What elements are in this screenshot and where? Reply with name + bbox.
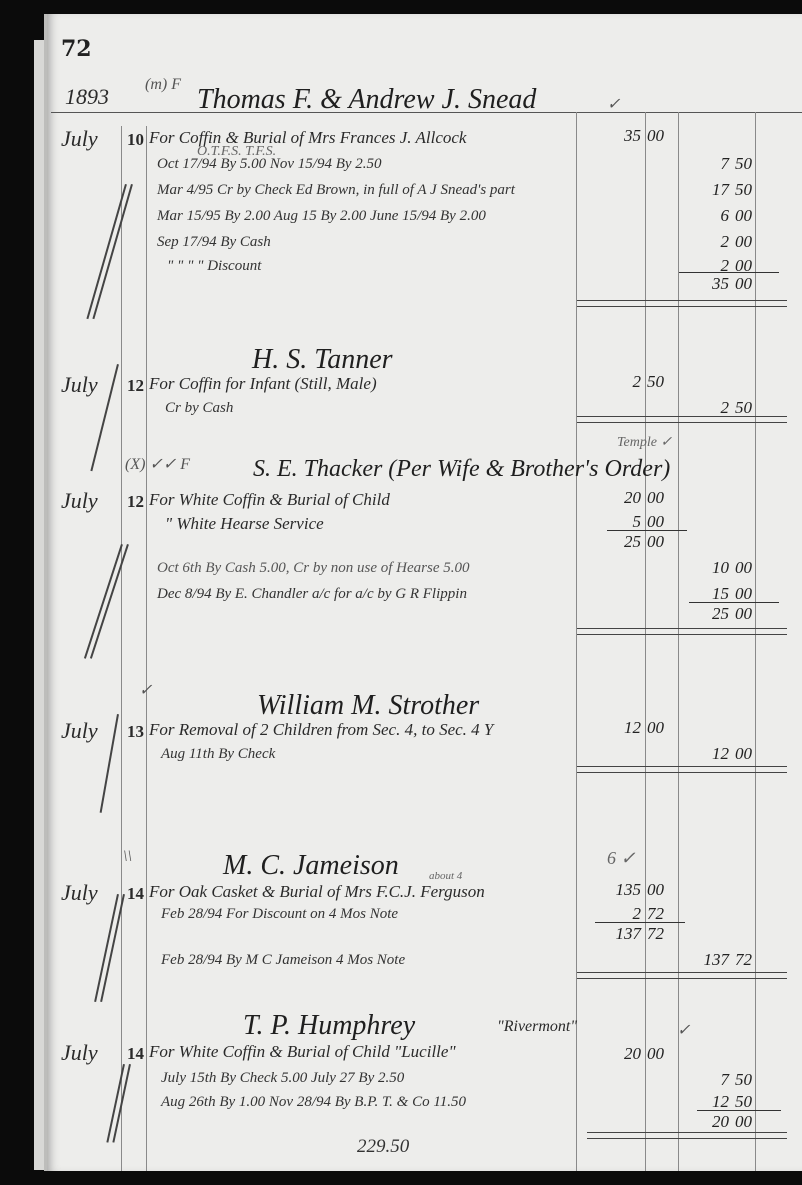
closed-slash xyxy=(90,544,129,659)
debit-amount: 2000 xyxy=(579,488,675,508)
account-marks: (X) ✓✓ F xyxy=(125,454,190,474)
closed-slash xyxy=(100,714,119,813)
debit-total: 2500 xyxy=(579,532,675,552)
credit-amount: 200 xyxy=(667,256,763,276)
credit-amount: 1500 xyxy=(667,584,763,604)
closing-double-rule xyxy=(587,1132,787,1139)
entry-month: July xyxy=(61,372,98,398)
debit-amount: 250 xyxy=(579,372,675,392)
account-name: M. C. Jameison xyxy=(223,850,399,882)
credit-total: 2500 xyxy=(667,604,763,624)
credit-total: 2000 xyxy=(667,1112,763,1132)
account-marks: (m) F xyxy=(145,76,181,94)
entry-month: July xyxy=(61,1040,98,1066)
subtotal-rule xyxy=(679,272,779,273)
check-mark: ✓ xyxy=(607,94,620,114)
subtotal-rule xyxy=(697,1110,781,1111)
entry-description: For White Coffin & Burial of Child "Luci… xyxy=(149,1042,456,1062)
account-marks: \\ xyxy=(123,848,132,866)
credit-description: July 15th By Check 5.00 July 27 By 2.50 xyxy=(161,1070,404,1087)
closed-slash xyxy=(92,184,133,319)
subtotal-rule xyxy=(595,922,685,923)
credit-description: Mar 4/95 Cr by Check Ed Brown, in full o… xyxy=(157,182,515,199)
closing-double-rule xyxy=(577,300,787,307)
side-note: 6 ✓ xyxy=(607,848,636,869)
credit-description: Feb 28/94 By M C Jameison 4 Mos Note xyxy=(161,952,405,969)
entry-description: For Removal of 2 Children from Sec. 4, t… xyxy=(149,720,493,740)
credit-description: Aug 26th By 1.00 Nov 28/94 By B.P. T. & … xyxy=(161,1094,466,1111)
page-number: 72 xyxy=(61,36,92,62)
subtotal-rule xyxy=(607,530,687,531)
credit-amount: 750 xyxy=(667,1070,763,1090)
entry-day: 14 xyxy=(127,884,144,904)
credit-amount: 200 xyxy=(667,232,763,252)
account-name: William M. Strother xyxy=(257,690,479,722)
ledger-page: 72 1893 (m) F Thomas F. & Andrew J. Snea… xyxy=(44,14,802,1171)
entry-description: " White Hearse Service xyxy=(165,514,324,534)
debit-amount: 2000 xyxy=(579,1044,675,1064)
credit-amount: 750 xyxy=(667,154,763,174)
closed-slash xyxy=(94,894,119,1002)
account-name: T. P. Humphrey xyxy=(243,1010,415,1042)
month-column-line xyxy=(121,126,122,1171)
ledger-year: 1893 xyxy=(65,84,109,110)
entry-day: 12 xyxy=(127,492,144,512)
debit-amount: 13500 xyxy=(579,880,675,900)
credit-amount: 600 xyxy=(667,206,763,226)
credit-amount: 1750 xyxy=(667,180,763,200)
credit-amount: 1000 xyxy=(667,558,763,578)
credit-description: " " " " Discount xyxy=(167,258,261,275)
account-name: S. E. Thacker (Per Wife & Brother's Orde… xyxy=(253,456,670,483)
debit-column-line xyxy=(576,112,577,1171)
entry-month: July xyxy=(61,880,98,906)
credit-description: Aug 11th By Check xyxy=(161,746,275,763)
closed-slash xyxy=(84,544,123,659)
account-name: H. S. Tanner xyxy=(252,344,393,376)
credit-amount: 1200 xyxy=(667,744,763,764)
credit-description: Oct 17/94 By 5.00 Nov 15/94 By 2.50 xyxy=(157,156,382,173)
debit-amount: 272 xyxy=(579,904,675,924)
closing-double-rule xyxy=(577,972,787,979)
credit-description: Sep 17/94 By Cash xyxy=(157,234,271,251)
entry-month: July xyxy=(61,488,98,514)
credit-amount: 1250 xyxy=(667,1092,763,1112)
account-name: Thomas F. & Andrew J. Snead xyxy=(197,84,536,116)
day-column-line xyxy=(146,126,147,1171)
credit-description: Cr by Cash xyxy=(165,400,233,417)
entry-description: For White Coffin & Burial of Child xyxy=(149,490,390,510)
entry-annotation: about 4 xyxy=(429,870,462,882)
entry-description: Feb 28/94 For Discount on 4 Mos Note xyxy=(161,906,398,923)
debit-amount: 3500 xyxy=(579,126,675,146)
entry-description: For Oak Casket & Burial of Mrs F.C.J. Fe… xyxy=(149,882,485,902)
credit-total: 3500 xyxy=(667,274,763,294)
entry-month: July xyxy=(61,126,98,152)
credit-amount: 250 xyxy=(667,398,763,418)
credit-description: Oct 6th By Cash 5.00, Cr by non use of H… xyxy=(157,560,469,577)
page-total: 229.50 xyxy=(357,1136,409,1158)
closing-double-rule xyxy=(577,416,787,423)
debit-amount: 500 xyxy=(579,512,675,532)
debit-total: 13772 xyxy=(579,924,675,944)
entry-day: 10 xyxy=(127,130,144,150)
check-mark: ✓ xyxy=(677,1020,690,1040)
closing-double-rule xyxy=(577,766,787,773)
side-note: Temple ✓ xyxy=(617,434,672,451)
credit-description: Dec 8/94 By E. Chandler a/c for a/c by G… xyxy=(157,586,467,603)
check-mark: ✓ xyxy=(139,680,152,700)
credit-amount: 13772 xyxy=(667,950,763,970)
subtotal-rule xyxy=(689,602,779,603)
entry-day: 13 xyxy=(127,722,144,742)
debit-cents-line xyxy=(645,112,646,1171)
entry-day: 14 xyxy=(127,1044,144,1064)
entry-month: July xyxy=(61,718,98,744)
account-location: "Rivermont" xyxy=(497,1018,577,1036)
credit-description: Mar 15/95 By 2.00 Aug 15 By 2.00 June 15… xyxy=(157,208,486,225)
closing-double-rule xyxy=(577,628,787,635)
entry-description: For Coffin for Infant (Still, Male) xyxy=(149,374,377,394)
debit-amount: 1200 xyxy=(579,718,675,738)
entry-day: 12 xyxy=(127,376,144,396)
